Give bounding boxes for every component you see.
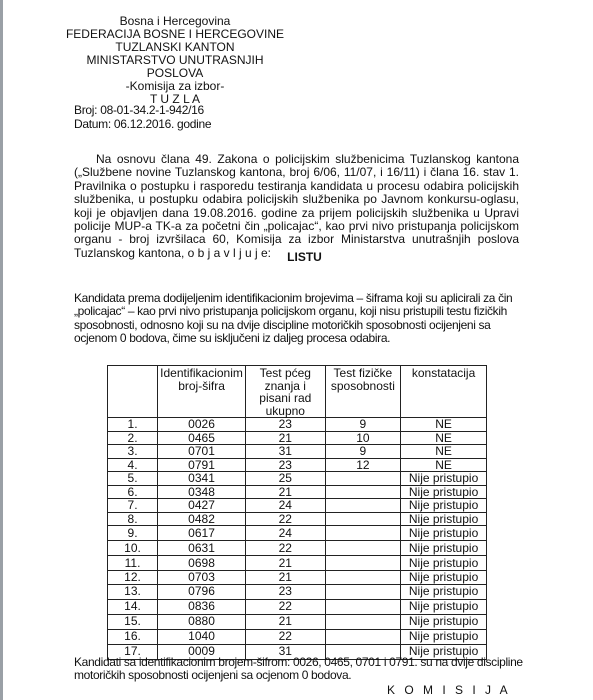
remark: Nije pristupio — [401, 512, 487, 526]
intro-paragraph: Na osnovu člana 49. Zakona o policijskim… — [74, 153, 519, 260]
document-title: LISTU — [0, 250, 593, 264]
written-test-score: 24 — [246, 499, 326, 513]
remark: Nije pristupio — [401, 541, 487, 556]
candidate-id: 0698 — [158, 556, 246, 571]
reference-date: Datum: 06.12.2016. godine — [74, 117, 211, 131]
remark: NE — [401, 445, 487, 459]
window-edge — [0, 0, 3, 700]
row-index: 14. — [108, 599, 158, 614]
table-header-row: Identifikacionim broj-šifra Test pćeg zn… — [108, 366, 487, 418]
remark: Nije pristupio — [401, 472, 487, 486]
column-header-written-test: Test pćeg znanja i pisani rad ukupno — [246, 366, 326, 418]
description-paragraph: Kandidata prema dodijeljenim identifikac… — [74, 292, 519, 346]
table-row: 5.034125Nije pristupio — [108, 472, 487, 486]
remark: Nije pristupio — [401, 584, 487, 599]
physical-test-score — [325, 499, 401, 513]
physical-test-score — [325, 614, 401, 629]
row-index: 9. — [108, 526, 158, 541]
candidate-id: 0703 — [158, 571, 246, 585]
physical-test-score — [325, 485, 401, 499]
remark: NE — [401, 431, 487, 445]
written-test-score: 22 — [246, 599, 326, 614]
written-test-score: 22 — [246, 512, 326, 526]
candidate-id: 0348 — [158, 485, 246, 499]
written-test-score: 21 — [246, 614, 326, 629]
row-index: 5. — [108, 472, 158, 486]
table-row: 10.063122Nije pristupio — [108, 541, 487, 556]
candidate-id: 0796 — [158, 584, 246, 599]
row-index: 6. — [108, 485, 158, 499]
header-ministry: MINISTARSTVO UNUTRASNJIH POSLOVA — [60, 54, 290, 80]
table-row: 7.042724Nije pristupio — [108, 499, 487, 513]
table-row: 2.04652110NE — [108, 431, 487, 445]
column-header-id: Identifikacionim broj-šifra — [158, 366, 246, 418]
footer-note: Kandidati sa identifikacionim brojem-šif… — [74, 656, 524, 683]
reference-number: Broj: 08-01-34.2-1-942/16 — [74, 103, 211, 117]
row-index: 11. — [108, 556, 158, 571]
row-index: 8. — [108, 512, 158, 526]
row-index: 7. — [108, 499, 158, 513]
candidate-id: 0465 — [158, 431, 246, 445]
table-row: 16.104022Nije pristupio — [108, 629, 487, 644]
column-header-remark: konstatacija — [401, 366, 487, 418]
remark: Nije pristupio — [401, 556, 487, 571]
written-test-score: 22 — [246, 541, 326, 556]
physical-test-score — [325, 629, 401, 644]
written-test-score: 23 — [246, 458, 326, 472]
physical-test-score: 9 — [325, 445, 401, 459]
physical-test-score — [325, 556, 401, 571]
written-test-score: 31 — [246, 445, 326, 459]
physical-test-score — [325, 584, 401, 599]
physical-test-score: 12 — [325, 458, 401, 472]
candidate-id: 0026 — [158, 418, 246, 432]
table-row: 6.034821Nije pristupio — [108, 485, 487, 499]
table-row: 8.048222Nije pristupio — [108, 512, 487, 526]
document-header: Bosna i Hercegovina FEDERACIJA BOSNE I H… — [60, 15, 290, 106]
results-table: Identifikacionim broj-šifra Test pćeg zn… — [107, 365, 487, 660]
candidate-id: 0701 — [158, 445, 246, 459]
remark: Nije pristupio — [401, 599, 487, 614]
physical-test-score — [325, 512, 401, 526]
physical-test-score — [325, 472, 401, 486]
table-row: 14.083622Nije pristupio — [108, 599, 487, 614]
remark: Nije pristupio — [401, 485, 487, 499]
physical-test-score — [325, 599, 401, 614]
row-index: 15. — [108, 614, 158, 629]
physical-test-score: 9 — [325, 418, 401, 432]
document-reference: Broj: 08-01-34.2-1-942/16 Datum: 06.12.2… — [74, 103, 211, 131]
table-row: 9.061724Nije pristupio — [108, 526, 487, 541]
table-body: 1.0026239NE2.04652110NE3.0701319NE4.0791… — [108, 418, 487, 660]
candidate-id: 0631 — [158, 541, 246, 556]
remark: Nije pristupio — [401, 499, 487, 513]
row-index: 13. — [108, 584, 158, 599]
candidate-id: 0836 — [158, 599, 246, 614]
physical-test-score — [325, 541, 401, 556]
written-test-score: 25 — [246, 472, 326, 486]
table-row: 12.070321Nije pristupio — [108, 571, 487, 585]
written-test-score: 24 — [246, 526, 326, 541]
table-row: 1.0026239NE — [108, 418, 487, 432]
remark: Nije pristupio — [401, 629, 487, 644]
candidate-id: 0427 — [158, 499, 246, 513]
table-row: 4.07912312NE — [108, 458, 487, 472]
remark: NE — [401, 418, 487, 432]
row-index: 2. — [108, 431, 158, 445]
row-index: 10. — [108, 541, 158, 556]
remark: Nije pristupio — [401, 526, 487, 541]
row-index: 16. — [108, 629, 158, 644]
table-row: 13.079623Nije pristupio — [108, 584, 487, 599]
candidate-id: 0880 — [158, 614, 246, 629]
written-test-score: 21 — [246, 556, 326, 571]
signature: K O M I S I J A — [387, 683, 511, 697]
row-index: 4. — [108, 458, 158, 472]
physical-test-score: 10 — [325, 431, 401, 445]
written-test-score: 21 — [246, 431, 326, 445]
candidate-id: 0791 — [158, 458, 246, 472]
candidate-id: 0341 — [158, 472, 246, 486]
table-row: 15.088021Nije pristupio — [108, 614, 487, 629]
physical-test-score — [325, 526, 401, 541]
column-header-index — [108, 366, 158, 418]
written-test-score: 23 — [246, 584, 326, 599]
candidate-id: 0617 — [158, 526, 246, 541]
remark: Nije pristupio — [401, 614, 487, 629]
written-test-score: 22 — [246, 629, 326, 644]
physical-test-score — [325, 571, 401, 585]
written-test-score: 23 — [246, 418, 326, 432]
written-test-score: 21 — [246, 571, 326, 585]
remark: NE — [401, 458, 487, 472]
remark: Nije pristupio — [401, 571, 487, 585]
row-index: 3. — [108, 445, 158, 459]
candidate-id: 0482 — [158, 512, 246, 526]
table-row: 3.0701319NE — [108, 445, 487, 459]
written-test-score: 21 — [246, 485, 326, 499]
row-index: 12. — [108, 571, 158, 585]
row-index: 1. — [108, 418, 158, 432]
candidate-id: 1040 — [158, 629, 246, 644]
table-row: 11.069821Nije pristupio — [108, 556, 487, 571]
column-header-physical-test: Test fizičke sposobnosti — [325, 366, 401, 418]
